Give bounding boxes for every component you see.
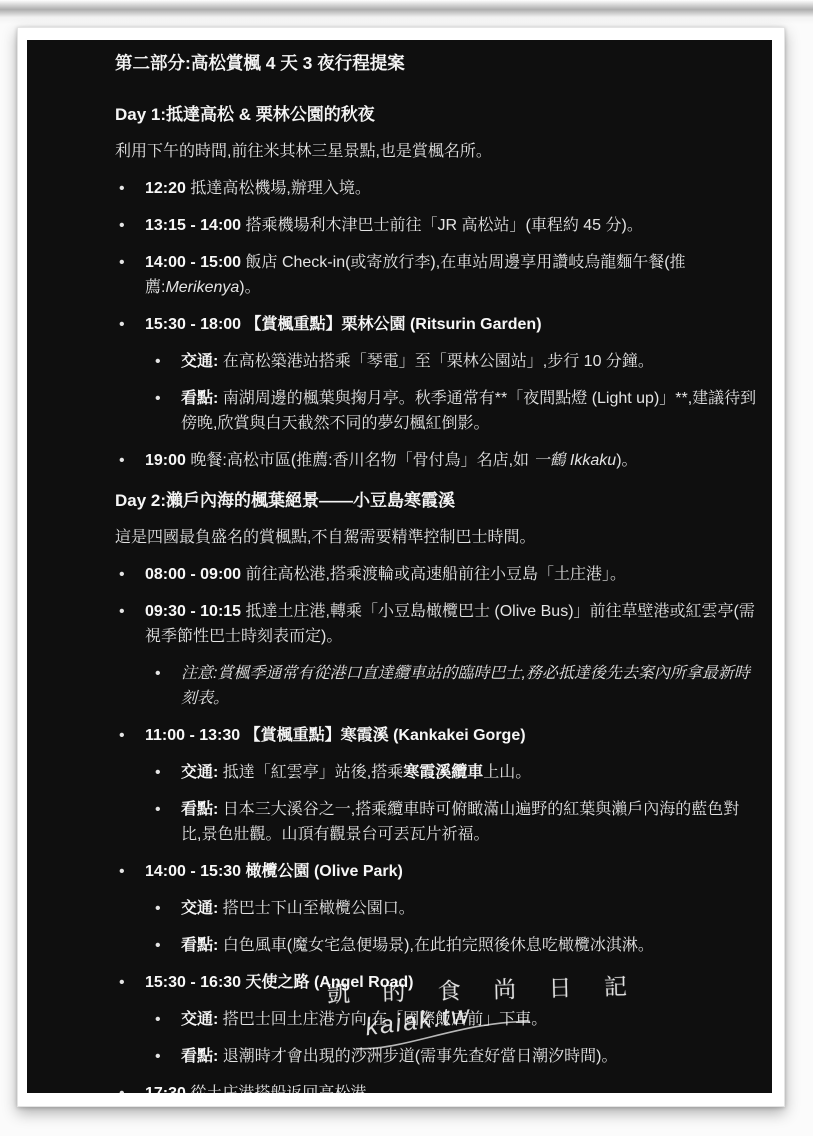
list-item: •14:00 - 15:00 飯店 Check-in(或寄放行李),在車站周邊享… xyxy=(115,250,758,300)
text-segment: 寒霞溪纜車 xyxy=(403,764,483,781)
text-segment: 交通: xyxy=(181,764,218,781)
text-segment: 15:30 - 16:30 天使之路 (Angel Road) xyxy=(145,974,414,991)
bullet-icon: • xyxy=(151,349,181,374)
day-section: Day 1:抵達高松 & 栗林公園的秋夜利用下午的時間,前往米其林三星景點,也是… xyxy=(115,102,758,473)
text-segment: 前往高松港,搭乘渡輪或高速船前往小豆島「土庄港」。 xyxy=(241,566,626,583)
bullet-icon: • xyxy=(115,859,145,884)
list-item-text: 08:00 - 09:00 前往高松港,搭乘渡輪或高速船前往小豆島「土庄港」。 xyxy=(145,562,758,587)
list-item-text: 看點: 南湖周邊的楓葉與掬月亭。秋季通常有**「夜間點燈 (Light up)」… xyxy=(181,386,758,436)
list-item: •交通: 搭巴士回土庄港方向,在「國際飯店前」下車。 xyxy=(115,1007,758,1032)
list-item: •09:30 - 10:15 抵達土庄港,轉乘「小豆島橄欖巴士 (Olive B… xyxy=(115,599,758,649)
bullet-icon: • xyxy=(151,760,181,785)
text-segment: 14:00 - 15:00 xyxy=(145,254,241,271)
text-segment: 在高松築港站搭乘「琴電」至「栗林公園站」,步行 10 分鐘。 xyxy=(218,353,654,370)
text-segment: 抵達「紅雲亭」站後,搭乘 xyxy=(218,764,403,781)
bullet-icon: • xyxy=(115,176,145,201)
bullet-icon: • xyxy=(115,970,145,995)
day-intro: 利用下午的時間,前往米其林三星景點,也是賞楓名所。 xyxy=(115,139,758,164)
list-item: •14:00 - 15:30 橄欖公園 (Olive Park) xyxy=(115,859,758,884)
days-container: Day 1:抵達高松 & 栗林公園的秋夜利用下午的時間,前往米其林三星景點,也是… xyxy=(115,102,758,1093)
day-heading: Day 1:抵達高松 & 栗林公園的秋夜 xyxy=(115,102,758,128)
text-segment: 08:00 - 09:00 xyxy=(145,566,241,583)
text-segment: 抵達高松機場,辦理入境。 xyxy=(186,180,371,197)
text-segment: 注意:賞楓季通常有從港口直達纜車站的臨時巴士,務必抵達後先去案內所拿最新時刻表。 xyxy=(181,665,750,707)
list-item-text: 交通: 搭巴士下山至橄欖公園口。 xyxy=(181,896,758,921)
bullet-icon: • xyxy=(151,1007,181,1032)
list-item-text: 看點: 退潮時才會出現的沙洲步道(需事先查好當日潮汐時間)。 xyxy=(181,1044,758,1069)
list-item: •看點: 白色風車(魔女宅急便場景),在此拍完照後休息吃橄欖冰淇淋。 xyxy=(115,933,758,958)
bullet-icon: • xyxy=(115,213,145,238)
list-item-text: 14:00 - 15:30 橄欖公園 (Olive Park) xyxy=(145,859,758,884)
list-item-text: 13:15 - 14:00 搭乘機場利木津巴士前往「JR 高松站」(車程約 45… xyxy=(145,213,758,238)
text-segment: 一鶴 Ikkaku xyxy=(533,452,616,469)
list-item-text: 交通: 抵達「紅雲亭」站後,搭乘寒霞溪纜車上山。 xyxy=(181,760,758,785)
text-segment: 看點: xyxy=(181,1048,218,1065)
text-segment: 南湖周邊的楓葉與掬月亭。秋季通常有**「夜間點燈 (Light up)」**,建… xyxy=(181,390,756,432)
bullet-icon: • xyxy=(151,661,181,686)
text-segment: 17:30 xyxy=(145,1085,186,1093)
bullet-icon: • xyxy=(115,723,145,748)
list-item-text: 09:30 - 10:15 抵達土庄港,轉乘「小豆島橄欖巴士 (Olive Bu… xyxy=(145,599,758,649)
text-segment: 19:00 xyxy=(145,452,186,469)
list-item-text: 12:20 抵達高松機場,辦理入境。 xyxy=(145,176,758,201)
text-segment: 13:15 - 14:00 xyxy=(145,217,241,234)
list-item-text: 注意:賞楓季通常有從港口直達纜車站的臨時巴士,務必抵達後先去案內所拿最新時刻表。 xyxy=(181,661,758,711)
list-item: •交通: 抵達「紅雲亭」站後,搭乘寒霞溪纜車上山。 xyxy=(115,760,758,785)
text-segment: 15:30 - 18:00 【賞楓重點】栗林公園 (Ritsurin Garde… xyxy=(145,316,542,333)
text-segment: 交通: xyxy=(181,1011,218,1028)
text-segment: 看點: xyxy=(181,390,218,407)
text-segment: )。 xyxy=(239,279,260,296)
list-item: •17:30 從土庄港搭船返回高松港。 xyxy=(115,1081,758,1093)
bullet-icon: • xyxy=(115,562,145,587)
text-segment: 09:30 - 10:15 xyxy=(145,603,241,620)
bullet-icon: • xyxy=(151,797,181,822)
bullet-icon: • xyxy=(115,1081,145,1093)
text-segment: Merikenya xyxy=(165,279,239,296)
text-segment: 晚餐:高松市區(推薦:香川名物「骨付鳥」名店,如 xyxy=(186,452,534,469)
day-heading: Day 2:瀨戶內海的楓葉絕景——小豆島寒霞溪 xyxy=(115,488,758,514)
text-segment: 退潮時才會出現的沙洲步道(需事先查好當日潮汐時間)。 xyxy=(218,1048,617,1065)
list-item: •看點: 日本三大溪谷之一,搭乘纜車時可俯瞰滿山遍野的紅葉與瀨戶內海的藍色對比,… xyxy=(115,797,758,847)
bullet-icon: • xyxy=(115,250,145,275)
list-item: •注意:賞楓季通常有從港口直達纜車站的臨時巴士,務必抵達後先去案內所拿最新時刻表… xyxy=(115,661,758,711)
list-item-text: 14:00 - 15:00 飯店 Check-in(或寄放行李),在車站周邊享用… xyxy=(145,250,758,300)
document-card: 第二部分:高松賞楓 4 天 3 夜行程提案 Day 1:抵達高松 & 栗林公園的… xyxy=(17,27,785,1107)
text-segment: 搭巴士回土庄港方向,在「國際飯店前」下車。 xyxy=(218,1011,547,1028)
list-item-text: 交通: 搭巴士回土庄港方向,在「國際飯店前」下車。 xyxy=(181,1007,758,1032)
text-segment: )。 xyxy=(616,452,637,469)
list-item-text: 15:30 - 16:30 天使之路 (Angel Road) xyxy=(145,970,758,995)
list-item: •看點: 退潮時才會出現的沙洲步道(需事先查好當日潮汐時間)。 xyxy=(115,1044,758,1069)
text-segment: 上山。 xyxy=(483,764,531,781)
document-content: 第二部分:高松賞楓 4 天 3 夜行程提案 Day 1:抵達高松 & 栗林公園的… xyxy=(27,40,772,1093)
list-item: •13:15 - 14:00 搭乘機場利木津巴士前往「JR 高松站」(車程約 4… xyxy=(115,213,758,238)
bullet-icon: • xyxy=(151,933,181,958)
day-intro: 這是四國最負盛名的賞楓點,不自駕需要精準控制巴士時間。 xyxy=(115,525,758,550)
text-segment: 14:00 - 15:30 橄欖公園 (Olive Park) xyxy=(145,863,403,880)
document-title: 第二部分:高松賞楓 4 天 3 夜行程提案 xyxy=(115,50,758,76)
list-item: •19:00 晚餐:高松市區(推薦:香川名物「骨付鳥」名店,如 一鶴 Ikkak… xyxy=(115,448,758,473)
text-segment: 搭乘機場利木津巴士前往「JR 高松站」(車程約 45 分)。 xyxy=(241,217,643,234)
list-item-text: 看點: 日本三大溪谷之一,搭乘纜車時可俯瞰滿山遍野的紅葉與瀨戶內海的藍色對比,景… xyxy=(181,797,758,847)
text-segment: 11:00 - 13:30 【賞楓重點】寒霞溪 (Kankakei Gorge) xyxy=(145,727,526,744)
bullet-icon: • xyxy=(115,448,145,473)
list-item: •交通: 在高松築港站搭乘「琴電」至「栗林公園站」,步行 10 分鐘。 xyxy=(115,349,758,374)
list-item-text: 19:00 晚餐:高松市區(推薦:香川名物「骨付鳥」名店,如 一鶴 Ikkaku… xyxy=(145,448,758,473)
list-item-text: 交通: 在高松築港站搭乘「琴電」至「栗林公園站」,步行 10 分鐘。 xyxy=(181,349,758,374)
text-segment: 看點: xyxy=(181,801,218,818)
list-item: •12:20 抵達高松機場,辦理入境。 xyxy=(115,176,758,201)
text-segment: 從土庄港搭船返回高松港。 xyxy=(186,1085,382,1093)
text-segment: 看點: xyxy=(181,937,218,954)
text-segment: 日本三大溪谷之一,搭乘纜車時可俯瞰滿山遍野的紅葉與瀨戶內海的藍色對比,景色壯觀。… xyxy=(181,801,739,843)
text-segment: 交通: xyxy=(181,900,218,917)
text-segment: 交通: xyxy=(181,353,218,370)
text-segment: 白色風車(魔女宅急便場景),在此拍完照後休息吃橄欖冰淇淋。 xyxy=(218,937,654,954)
list-item-text: 15:30 - 18:00 【賞楓重點】栗林公園 (Ritsurin Garde… xyxy=(145,312,758,337)
text-segment: 搭巴士下山至橄欖公園口。 xyxy=(218,900,414,917)
list-item-text: 11:00 - 13:30 【賞楓重點】寒霞溪 (Kankakei Gorge) xyxy=(145,723,758,748)
bullet-icon: • xyxy=(151,1044,181,1069)
bullet-icon: • xyxy=(115,312,145,337)
day-section: Day 2:瀨戶內海的楓葉絕景——小豆島寒霞溪這是四國最負盛名的賞楓點,不自駕需… xyxy=(115,488,758,1093)
list-item: •15:30 - 18:00 【賞楓重點】栗林公園 (Ritsurin Gard… xyxy=(115,312,758,337)
list-item: •交通: 搭巴士下山至橄欖公園口。 xyxy=(115,896,758,921)
list-item-text: 看點: 白色風車(魔女宅急便場景),在此拍完照後休息吃橄欖冰淇淋。 xyxy=(181,933,758,958)
list-item: •15:30 - 16:30 天使之路 (Angel Road) xyxy=(115,970,758,995)
page-edge-shadow xyxy=(0,0,813,24)
bullet-icon: • xyxy=(115,599,145,624)
list-item-text: 17:30 從土庄港搭船返回高松港。 xyxy=(145,1081,758,1093)
bullet-icon: • xyxy=(151,896,181,921)
bullet-icon: • xyxy=(151,386,181,411)
text-segment: 12:20 xyxy=(145,180,186,197)
list-item: •08:00 - 09:00 前往高松港,搭乘渡輪或高速船前往小豆島「土庄港」。 xyxy=(115,562,758,587)
list-item: •11:00 - 13:30 【賞楓重點】寒霞溪 (Kankakei Gorge… xyxy=(115,723,758,748)
list-item: •看點: 南湖周邊的楓葉與掬月亭。秋季通常有**「夜間點燈 (Light up)… xyxy=(115,386,758,436)
